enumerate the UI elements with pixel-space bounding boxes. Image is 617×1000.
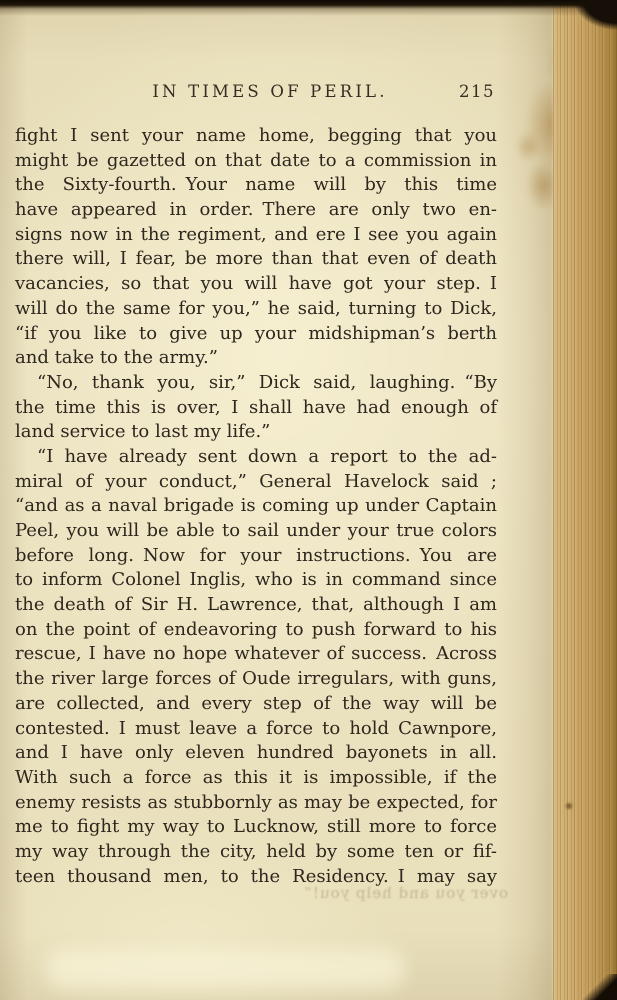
text-line: contested. I must leave a force to hold …	[15, 717, 497, 742]
text-line: “No, thank you, sir,” Dick said, laughin…	[15, 371, 497, 396]
book-fore-edge	[553, 0, 617, 1000]
text-line: Peel, you will be able to sail under you…	[15, 519, 497, 544]
text-line: “and as a naval brigade is coming up und…	[15, 494, 497, 519]
text-line: before long. Now for your instructions. …	[15, 544, 497, 569]
running-header: IN TIMES OF PERIL. 215	[15, 82, 497, 104]
text-block: fight I sent your name home, begging tha…	[15, 124, 497, 889]
book-page-scan: IN TIMES OF PERIL. 215 fight I sent your…	[0, 0, 617, 1000]
text-line: the river large forces of Oude irregular…	[15, 667, 497, 692]
text-line: and take to the army.”	[15, 346, 497, 371]
text-line: enemy resists as stubbornly as may be ex…	[15, 791, 497, 816]
text-line: fight I sent your name home, begging tha…	[15, 124, 497, 149]
text-line: the Sixty-fourth. Your name will by this…	[15, 173, 497, 198]
text-line: have appeared in order. There are only t…	[15, 198, 497, 223]
text-line: “if you like to give up your midshipman’…	[15, 322, 497, 347]
text-line: the time this is over, I shall have had …	[15, 396, 497, 421]
light-streak	[45, 948, 405, 990]
edge-speck	[566, 803, 572, 809]
text-line: the death of Sir H. Lawrence, that, alth…	[15, 593, 497, 618]
text-line: on the point of endeavoring to push forw…	[15, 618, 497, 643]
text-line: my way through the city, held by some te…	[15, 840, 497, 865]
text-line: vacancies, so that you will have got you…	[15, 272, 497, 297]
text-line: signs now in the regiment, and ere I see…	[15, 223, 497, 248]
page-number: 215	[459, 82, 495, 101]
text-line: there will, I fear, be more than that ev…	[15, 247, 497, 272]
text-line: miral of your conduct,” General Havelock…	[15, 470, 497, 495]
text-line: will do the same for you,” he said, turn…	[15, 297, 497, 322]
text-line: and I have only eleven hundred bayonets …	[15, 741, 497, 766]
dark-corner-bottom-right	[583, 974, 617, 1000]
text-line: With such a force as this it is impossib…	[15, 766, 497, 791]
text-line: “I have already sent down a report to th…	[15, 445, 497, 470]
show-through-text: over you and help you!”	[278, 884, 508, 902]
dark-corner-top-right	[565, 0, 617, 30]
running-header-title: IN TIMES OF PERIL.	[29, 82, 511, 101]
text-line: rescue, I have no hope whatever of succe…	[15, 642, 497, 667]
text-line: to inform Colonel Inglis, who is in comm…	[15, 568, 497, 593]
text-line: land service to last my life.”	[15, 420, 497, 445]
text-line: me to fight my way to Lucknow, still mor…	[15, 815, 497, 840]
text-line: are collected, and every step of the way…	[15, 692, 497, 717]
page-curve-shadow	[497, 0, 553, 1000]
binding-top-edge	[0, 0, 617, 16]
text-line: might be gazetted on that date to a comm…	[15, 149, 497, 174]
